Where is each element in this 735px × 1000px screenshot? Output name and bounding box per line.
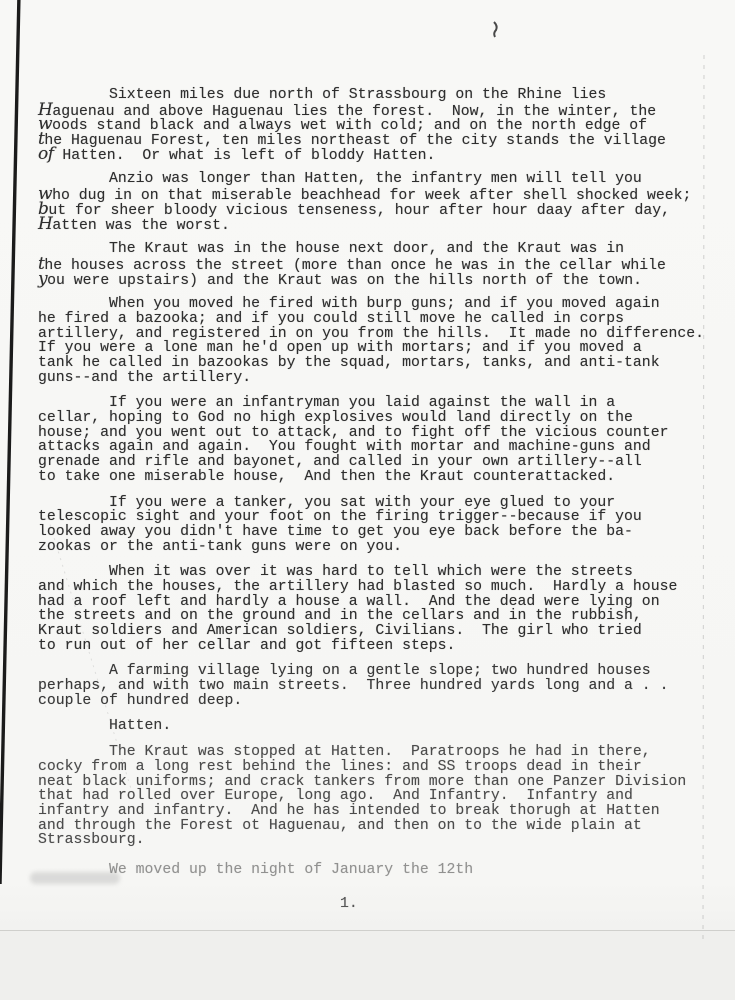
scan-bottom-edge [0, 930, 735, 1000]
text-line: A farming village lying on a gentle slop… [38, 664, 718, 679]
handwritten-correction: y [38, 269, 47, 289]
text-line: attacks again and again. You fought with… [38, 440, 718, 455]
text-line: the streets and on the ground and in the… [38, 609, 718, 624]
text-line: couple of hundred deep. [38, 694, 718, 709]
page-number: 1. [38, 897, 718, 912]
paragraph: When you moved he fired with burp guns; … [38, 297, 718, 385]
text-line: guns--and the artillery. [38, 371, 718, 386]
text-line: When you moved he fired with burp guns; … [38, 297, 718, 312]
text-line: the Haguenau Forest, ten miles northeast… [38, 132, 718, 147]
paragraph: The Kraut was in the house next door, an… [38, 242, 718, 286]
ink-smudge [30, 872, 120, 884]
paragraph: We moved up the night of January the 12t… [38, 863, 718, 878]
handwritten-correction: of [38, 144, 54, 164]
text-line: woods stand black and always wet with co… [38, 117, 718, 132]
text-line: When it was over it was hard to tell whi… [38, 565, 718, 580]
text-line: neat black uniforms; and crack tankers f… [38, 775, 718, 790]
text-line: that had rolled over Europe, long ago. A… [38, 789, 718, 804]
paragraph: A farming village lying on a gentle slop… [38, 664, 718, 708]
text-line: cellar, hoping to God no high explosives… [38, 411, 718, 426]
paragraph: If you were a tanker, you sat with your … [38, 496, 718, 555]
text-line: Strassbourg. [38, 833, 718, 848]
paragraph: Hatten. [38, 719, 718, 734]
paragraph: Sixteen miles due north of Strassbourg o… [38, 88, 718, 161]
handwritten-correction: H [38, 214, 52, 234]
text-line: grenade and rifle and bayonet, and calle… [38, 455, 718, 470]
paragraph: When it was over it was hard to tell whi… [38, 565, 718, 653]
text-line: Hatten. [38, 719, 718, 734]
text-line: The Kraut was in the house next door, an… [38, 242, 718, 257]
text-line: and which the houses, the artillery had … [38, 580, 718, 595]
text-line: Anzio was longer than Hatten, the infant… [38, 172, 718, 187]
text-line: Sixteen miles due north of Strassbourg o… [38, 88, 718, 103]
text-line: If you were an infantryman you laid agai… [38, 396, 718, 411]
text-line: The Kraut was stopped at Hatten. Paratro… [38, 745, 718, 760]
text-line: If you were a tanker, you sat with your … [38, 496, 718, 511]
text-line: zookas or the anti-tank guns were on you… [38, 540, 718, 555]
text-line: Kraut soldiers and American soldiers, Ci… [38, 624, 718, 639]
text-line: he fired a bazooka; and if you could sti… [38, 312, 718, 327]
text-body: Sixteen miles due north of Strassbourg o… [38, 88, 718, 911]
text-line: to run out of her cellar and got fifteen… [38, 639, 718, 654]
text-line: telescopic sight and your foot on the fi… [38, 510, 718, 525]
text-line: you were upstairs) and the Kraut was on … [38, 272, 718, 287]
paragraph: The Kraut was stopped at Hatten. Paratro… [38, 745, 718, 848]
text-line: who dug in on that miserable beachhead f… [38, 187, 718, 202]
paragraph: If you were an infantryman you laid agai… [38, 396, 718, 484]
paragraph: Anzio was longer than Hatten, the infant… [38, 172, 718, 231]
text-line: looked away you didn't have time to get … [38, 525, 718, 540]
scanned-document: { "document": { "title": "typewritten-ma… [0, 0, 735, 1000]
text-line: perhaps, and with two main streets. Thre… [38, 679, 718, 694]
text-line: the houses across the street (more than … [38, 257, 718, 272]
text-line: cocky from a long rest behind the lines:… [38, 760, 718, 775]
text-line: We moved up the night of January the 12t… [38, 863, 718, 878]
text-line: If you were a lone man he'd open up with… [38, 341, 718, 356]
text-line: infantry and infantry. And he has intend… [38, 804, 718, 819]
text-line: tank he called in bazookas by the squad,… [38, 356, 718, 371]
text-line: but for sheer bloody vicious tenseness, … [38, 202, 718, 217]
text-line: Haguenau and above Haguenau lies the for… [38, 103, 718, 118]
text-line: to take one miserable house, And then th… [38, 470, 718, 485]
